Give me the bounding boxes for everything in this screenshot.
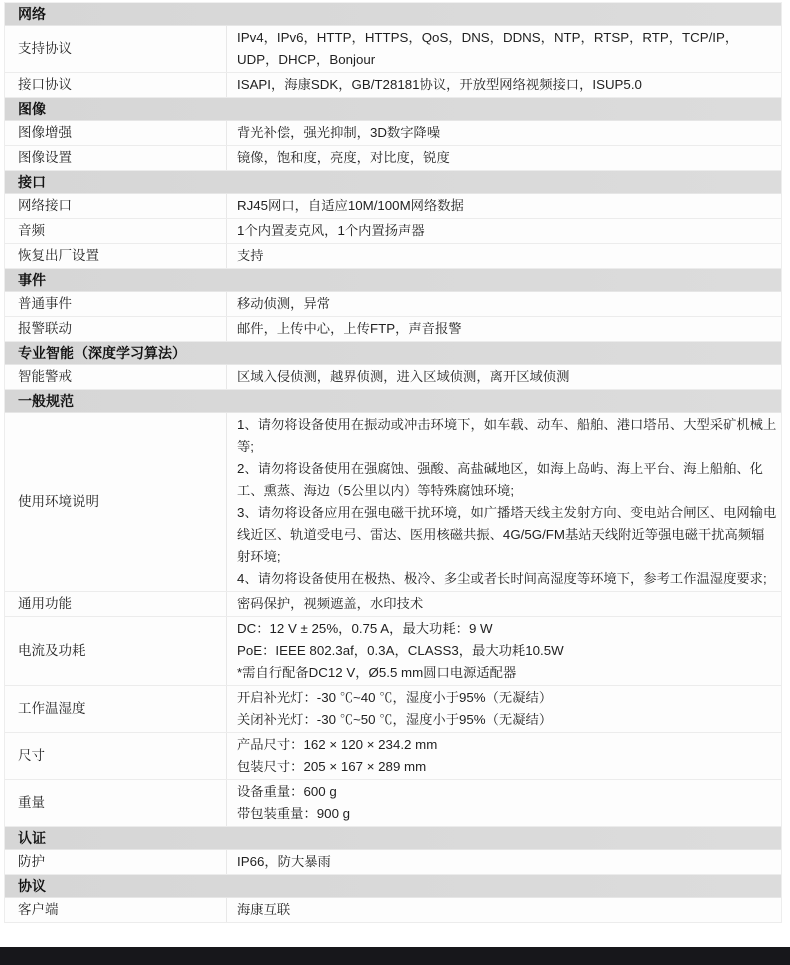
- value-line: 4、请勿将设备使用在极热、极冷、多尘或者长时间高湿度等环境下，参考工作温湿度要求…: [237, 568, 777, 590]
- value-line: IPv4，IPv6，HTTP，HTTPS，QoS，DNS，DDNS，NTP，RT…: [237, 27, 777, 71]
- value-line: DC：12 V ± 25%，0.75 A，最大功耗：9 W: [237, 618, 777, 640]
- value-line: 海康互联: [237, 899, 777, 921]
- value-line: IP66，防大暴雨: [237, 851, 777, 873]
- value-line: 产品尺寸：162 × 120 × 234.2 mm: [237, 734, 777, 756]
- row-label: 音频: [5, 219, 227, 243]
- row-label: 尺寸: [5, 733, 227, 779]
- row-label: 图像设置: [5, 146, 227, 170]
- row-label: 接口协议: [5, 73, 227, 97]
- section-header-certification: 认证: [5, 827, 781, 850]
- row-value: IPv4，IPv6，HTTP，HTTPS，QoS，DNS，DDNS，NTP，RT…: [227, 26, 781, 72]
- table-row: 通用功能 密码保护，视频遮盖，水印技术: [5, 592, 781, 617]
- table-row: 防护 IP66，防大暴雨: [5, 850, 781, 875]
- row-value: 区域入侵侦测，越界侦测，进入区域侦测，离开区域侦测: [227, 365, 781, 389]
- value-line: PoE：IEEE 802.3af，0.3A，CLASS3，最大功耗10.5W: [237, 640, 777, 662]
- row-label: 普通事件: [5, 292, 227, 316]
- row-value: 镜像，饱和度，亮度，对比度，锐度: [227, 146, 781, 170]
- table-row: 恢复出厂设置 支持: [5, 244, 781, 269]
- row-value: 背光补偿，强光抑制，3D数字降噪: [227, 121, 781, 145]
- row-label: 重量: [5, 780, 227, 826]
- table-row: 接口协议 ISAPI，海康SDK，GB/T28181协议，开放型网络视频接口，I…: [5, 73, 781, 98]
- row-value: IP66，防大暴雨: [227, 850, 781, 874]
- section-header-image: 图像: [5, 98, 781, 121]
- value-line: 支持: [237, 245, 777, 267]
- table-row: 使用环境说明 1、请勿将设备使用在振动或冲击环境下，如车载、动车、船舶、港口塔吊…: [5, 413, 781, 592]
- row-label: 使用环境说明: [5, 413, 227, 591]
- section-header-protocol: 协议: [5, 875, 781, 898]
- row-value: 1、请勿将设备使用在振动或冲击环境下，如车载、动车、船舶、港口塔吊、大型采矿机械…: [227, 413, 781, 591]
- table-row: 报警联动 邮件，上传中心，上传FTP，声音报警: [5, 317, 781, 342]
- table-row: 图像设置 镜像，饱和度，亮度，对比度，锐度: [5, 146, 781, 171]
- value-line: 1、请勿将设备使用在振动或冲击环境下，如车载、动车、船舶、港口塔吊、大型采矿机械…: [237, 414, 777, 458]
- row-value: 海康互联: [227, 898, 781, 922]
- row-value: ISAPI，海康SDK，GB/T28181协议，开放型网络视频接口，ISUP5.…: [227, 73, 781, 97]
- row-value: 支持: [227, 244, 781, 268]
- footer-bar: [0, 947, 790, 965]
- row-value: 密码保护，视频遮盖，水印技术: [227, 592, 781, 616]
- value-line: 邮件，上传中心，上传FTP，声音报警: [237, 318, 777, 340]
- row-label: 支持协议: [5, 26, 227, 72]
- table-row: 工作温湿度 开启补光灯：-30 ℃~40 ℃，湿度小于95%（无凝结） 关闭补光…: [5, 686, 781, 733]
- value-line: 开启补光灯：-30 ℃~40 ℃，湿度小于95%（无凝结）: [237, 687, 777, 709]
- value-line: 背光补偿，强光抑制，3D数字降噪: [237, 122, 777, 144]
- row-label: 恢复出厂设置: [5, 244, 227, 268]
- value-line: 3、请勿将设备应用在强电磁干扰环境，如广播塔天线主发射方向、变电站合闸区、电网输…: [237, 502, 777, 568]
- row-label: 工作温湿度: [5, 686, 227, 732]
- value-line: 包装尺寸：205 × 167 × 289 mm: [237, 756, 777, 778]
- section-header-general: 一般规范: [5, 390, 781, 413]
- row-value: 移动侦测，异常: [227, 292, 781, 316]
- row-value: 开启补光灯：-30 ℃~40 ℃，湿度小于95%（无凝结） 关闭补光灯：-30 …: [227, 686, 781, 732]
- section-header-interface: 接口: [5, 171, 781, 194]
- table-row: 尺寸 产品尺寸：162 × 120 × 234.2 mm 包装尺寸：205 × …: [5, 733, 781, 780]
- value-line: 移动侦测，异常: [237, 293, 777, 315]
- value-line: RJ45网口，自适应10M/100M网络数据: [237, 195, 777, 217]
- row-label: 图像增强: [5, 121, 227, 145]
- value-line: 镜像，饱和度，亮度，对比度，锐度: [237, 147, 777, 169]
- table-row: 客户端 海康互联: [5, 898, 781, 923]
- row-label: 智能警戒: [5, 365, 227, 389]
- value-line: 1个内置麦克风，1个内置扬声器: [237, 220, 777, 242]
- row-value: 1个内置麦克风，1个内置扬声器: [227, 219, 781, 243]
- row-value: 邮件，上传中心，上传FTP，声音报警: [227, 317, 781, 341]
- table-row: 音频 1个内置麦克风，1个内置扬声器: [5, 219, 781, 244]
- row-label: 电流及功耗: [5, 617, 227, 685]
- value-line: ISAPI，海康SDK，GB/T28181协议，开放型网络视频接口，ISUP5.…: [237, 74, 777, 96]
- row-value: 产品尺寸：162 × 120 × 234.2 mm 包装尺寸：205 × 167…: [227, 733, 781, 779]
- section-header-event: 事件: [5, 269, 781, 292]
- row-label: 客户端: [5, 898, 227, 922]
- section-header-network: 网络: [5, 3, 781, 26]
- row-value: DC：12 V ± 25%，0.75 A，最大功耗：9 W PoE：IEEE 8…: [227, 617, 781, 685]
- row-value: RJ45网口，自适应10M/100M网络数据: [227, 194, 781, 218]
- value-line: 带包装重量：900 g: [237, 803, 777, 825]
- table-row: 支持协议 IPv4，IPv6，HTTP，HTTPS，QoS，DNS，DDNS，N…: [5, 26, 781, 73]
- section-header-smart-ai: 专业智能（深度学习算法）: [5, 342, 781, 365]
- row-label: 通用功能: [5, 592, 227, 616]
- table-row: 图像增强 背光补偿，强光抑制，3D数字降噪: [5, 121, 781, 146]
- row-label: 报警联动: [5, 317, 227, 341]
- row-label: 网络接口: [5, 194, 227, 218]
- table-row: 重量 设备重量：600 g 带包装重量：900 g: [5, 780, 781, 827]
- table-row: 网络接口 RJ45网口，自适应10M/100M网络数据: [5, 194, 781, 219]
- value-line: 2、请勿将设备使用在强腐蚀、强酸、高盐碱地区，如海上岛屿、海上平台、海上船舶、化…: [237, 458, 777, 502]
- value-line: *需自行配备DC12 V，Ø5.5 mm圆口电源适配器: [237, 662, 777, 684]
- value-line: 区域入侵侦测，越界侦测，进入区域侦测，离开区域侦测: [237, 366, 777, 388]
- value-line: 设备重量：600 g: [237, 781, 777, 803]
- table-row: 普通事件 移动侦测，异常: [5, 292, 781, 317]
- value-line: 关闭补光灯：-30 ℃~50 ℃，湿度小于95%（无凝结）: [237, 709, 777, 731]
- table-row: 电流及功耗 DC：12 V ± 25%，0.75 A，最大功耗：9 W PoE：…: [5, 617, 781, 686]
- row-value: 设备重量：600 g 带包装重量：900 g: [227, 780, 781, 826]
- value-line: 密码保护，视频遮盖，水印技术: [237, 593, 777, 615]
- row-label: 防护: [5, 850, 227, 874]
- spec-table: 网络 支持协议 IPv4，IPv6，HTTP，HTTPS，QoS，DNS，DDN…: [4, 2, 782, 923]
- table-row: 智能警戒 区域入侵侦测，越界侦测，进入区域侦测，离开区域侦测: [5, 365, 781, 390]
